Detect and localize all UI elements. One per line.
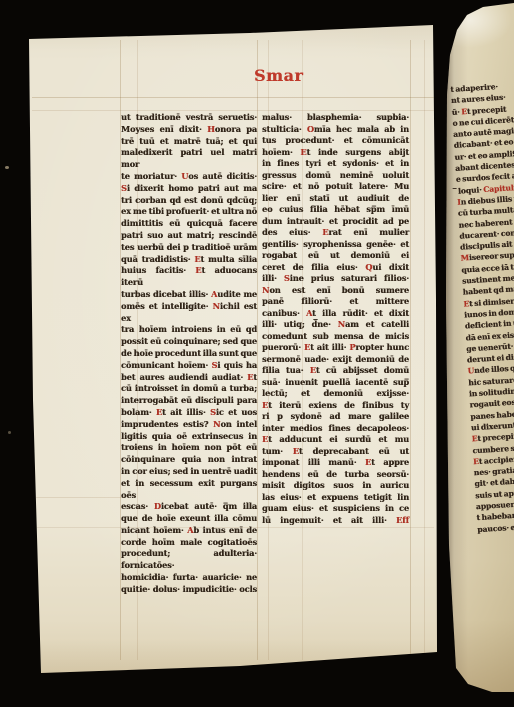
ink-text: scire· et nō potuit latere· Mu xyxy=(262,181,409,191)
ink-text: bet aures audiendi audiat· xyxy=(121,372,247,382)
ink-text: turbas dicebat illis· xyxy=(121,289,211,299)
ink-text: ligitis quia oē extrinsecus in xyxy=(121,431,257,441)
text-line: filia tua· Et cū abijsset domū xyxy=(262,365,409,377)
ink-text: cū introisset in domū a turba; xyxy=(121,383,257,393)
ink-text: in cor eius; sed in uentrē uadit xyxy=(121,466,257,476)
ink-text: que de hoīe exeunt illa cōmu xyxy=(121,513,257,523)
ink-text: i quis ha xyxy=(217,360,257,370)
ink-text: os autē dicitis· xyxy=(188,171,257,181)
rubric-text: N xyxy=(338,319,345,329)
ink-text: ine prius saturari filios· xyxy=(290,273,409,283)
text-line: in fines tyri et sydonis· et in xyxy=(262,158,409,170)
ink-text: interrogabāt eū discipuli para xyxy=(121,395,257,405)
ink-text: quitie· dolus· impudicitie· ocls xyxy=(121,584,257,594)
text-line: guam eius· et suspiciens in ce xyxy=(262,503,409,515)
text-line: Et adducunt ei surdū et mu xyxy=(262,434,409,446)
ink-text: ropter hunc xyxy=(355,342,409,352)
ink-text: guam eius· et suspiciens in ce xyxy=(262,503,409,513)
text-line: bolam· Et ait illis· Sic et uos xyxy=(121,407,257,419)
text-line: ligitis quia oē extrinsecus in xyxy=(121,431,257,443)
ink-text: onora pa xyxy=(215,124,257,134)
ink-text: troiens in hoīem non pōt eū xyxy=(121,442,257,452)
text-line: suā· inuenit puellā iacentē sup̅ xyxy=(262,377,409,389)
ink-text: imponat illi manū· xyxy=(262,457,365,467)
ink-text: gentilis· syrophenissa genēe· et xyxy=(262,239,409,249)
ink-text: dum intrauit· et procidit ad pe xyxy=(262,216,409,226)
text-line: escas· Dicebat autē· q̅m illa xyxy=(121,501,257,513)
ink-text: t ait illi· xyxy=(310,342,349,352)
ink-text: Moyses enī dixit· xyxy=(121,124,207,134)
ink-text: t adducunt ei surdū et mu xyxy=(268,434,409,444)
ink-text: comedunt sub mensa de micis xyxy=(262,331,409,341)
dust-speck xyxy=(5,166,9,169)
text-line: des eius· Erat enī mulier xyxy=(262,227,409,239)
text-line: malus· blasphemia· supbia· xyxy=(262,112,409,124)
text-line: tes uerbū dei p traditioē urām xyxy=(121,242,257,254)
verso-page: Smar ut traditionē vestrā seruetis·Moyse… xyxy=(0,0,514,707)
ink-text: eo cuius filia hēbat sp̅m īmū xyxy=(262,204,409,214)
text-line: corde hoīm male cogitatioēs xyxy=(121,537,257,549)
ink-text: ui dixit xyxy=(372,262,409,272)
ink-text: des eius· xyxy=(262,227,322,237)
ink-text: et in secessum exit purgans oēs xyxy=(121,478,257,500)
text-line: sermonē uade· exijt demoniū de xyxy=(262,354,409,366)
ink-text: ex me tibi profuerit· et ultra nō xyxy=(121,206,257,216)
ink-text: in fines tyri et sydonis· et in xyxy=(262,158,409,168)
text-line: ceret de filia eius· Qui dixit xyxy=(262,262,409,274)
text-line: in cor eius; sed in uentrē uadit xyxy=(121,466,257,478)
text-line: homicidia· furta· auaricie· ne xyxy=(121,572,257,584)
text-line: rogabat eū ut demoniū ei xyxy=(262,250,409,262)
text-line: stulticia· Omīa hec mala ab in xyxy=(262,124,409,136)
ink-text: hendens eū de turba seorsū· xyxy=(262,469,409,479)
ink-text: quā tradidistis· xyxy=(121,254,194,264)
rubric-text: Capitulū xyxy=(483,183,514,194)
text-line: misit digitos suos in auricu xyxy=(262,480,409,492)
ink-text: t multa sīlia xyxy=(200,254,257,264)
ink-text: possit eū coinquinare; sed que xyxy=(121,336,257,346)
ruling-line xyxy=(257,40,258,660)
ink-text: escas· xyxy=(121,501,154,511)
ink-text: rogauit eos· xyxy=(469,398,514,410)
ink-text: t precepit xyxy=(467,104,507,115)
text-line: ut traditionē vestrā seruetis· xyxy=(121,112,257,124)
text-line: tus procedunt· et cōmunicāt xyxy=(262,135,409,147)
ink-text: t appre xyxy=(371,457,409,467)
ink-text: imprudentes estis? xyxy=(121,419,213,429)
text-line: maledixerit patri uel matri mor xyxy=(121,147,257,171)
ink-text: ceret de filia eius· xyxy=(262,262,365,272)
ruling-line xyxy=(32,110,434,111)
ruling-line xyxy=(32,97,434,98)
ink-text: puerorū· xyxy=(262,342,304,352)
text-line: possit eū coinquinare; sed que xyxy=(121,336,257,348)
ruling-line xyxy=(410,40,411,660)
manuscript-photo: Smar ut traditionē vestrā seruetis·Moyse… xyxy=(0,0,514,707)
ink-text: huius facitis· xyxy=(121,265,195,275)
running-header: Smar xyxy=(254,66,303,85)
rubric-text: Eff xyxy=(396,515,409,525)
ink-text: icebat autē· q̅m illa xyxy=(161,501,257,511)
ruling-line xyxy=(424,40,425,660)
text-line: las eius· et expuens tetigit lin xyxy=(262,492,409,504)
ink-text: stulticia· xyxy=(262,124,307,134)
text-line: canibus· At illa rūdit· et dixit xyxy=(262,308,409,320)
text-line: trē tuū et matrē tuā; et qui xyxy=(121,136,257,148)
text-line: imponat illi manū· Et appre xyxy=(262,457,409,469)
recto-text-column: t adaperire·nt aures eius·ū· Et precepit… xyxy=(450,75,514,535)
ink-text: patri suo aut matri; rescindē xyxy=(121,230,257,240)
text-column-right: malus· blasphemia· supbia·stulticia· Omī… xyxy=(262,112,409,526)
ink-text: ri p sydonē ad mare galilee xyxy=(262,411,409,421)
ink-text: t xyxy=(253,372,257,382)
text-line: scire· et nō potuit latere· Mu xyxy=(262,181,409,193)
text-line: quitie· dolus· impudicitie· ocls xyxy=(121,584,257,596)
ink-text: misit digitos suos in auricu xyxy=(262,480,409,490)
text-line: turbas dicebat illis· Audite me xyxy=(121,289,257,301)
text-line: procedunt; adulteria· fornicatōes· xyxy=(121,548,257,572)
text-line: ex me tibi profuerit· et ultra nō xyxy=(121,206,257,218)
text-line: dimittitis eū quicquā facere xyxy=(121,218,257,230)
text-line: Si dixerit homo patri aut ma xyxy=(121,183,257,195)
ink-text: tri corban qd est donū qdcūq; xyxy=(121,195,257,205)
ink-text: corde hoīm male cogitatioēs xyxy=(121,537,257,547)
ink-text: hoīem· xyxy=(262,147,300,157)
ink-text: on est enī bonū sumere xyxy=(269,285,409,295)
ink-text: rogabat eū ut demoniū ei xyxy=(262,250,409,260)
text-line: ri p sydonē ad mare galilee xyxy=(262,411,409,423)
ink-text: suā· inuenit puellā iacentē sup̅ xyxy=(262,377,409,387)
text-line: comedunt sub mensa de micis xyxy=(262,331,409,343)
ink-text: b intus enī de xyxy=(193,525,257,535)
ink-text: t inde surgens abijt xyxy=(307,147,409,157)
ink-text: mīa hec mala ab in xyxy=(314,124,409,134)
text-line: lier enī statī ut audiuit de xyxy=(262,193,409,205)
text-line: troiens in hoīem non pōt eū xyxy=(121,442,257,454)
ink-text: t ait illis· xyxy=(162,407,210,417)
rubric-text: N xyxy=(212,301,219,311)
ink-text: trē tuū et matrē tuā; et qui xyxy=(121,136,257,146)
ink-text: canibus· xyxy=(262,308,306,318)
ink-text: lier enī statī ut audiuit de xyxy=(262,193,409,203)
text-line: omēs et intelligite· Nichil est ex xyxy=(121,301,257,325)
ink-text: t iterū exiens de finibus ty xyxy=(268,400,409,410)
ink-text: te moriatur· xyxy=(121,171,181,181)
ink-text: i dixerit homo patri aut ma xyxy=(127,183,257,193)
ink-text: inter medios fines decapoleos· xyxy=(262,423,409,433)
text-line: panē filiorū· et mittere xyxy=(262,296,409,308)
ruling-line xyxy=(34,497,124,498)
ink-text: cōinquinare quia non intrat xyxy=(121,454,257,464)
text-line: nicant hoīem· Ab intus enī de xyxy=(121,525,257,537)
text-line: Moyses enī dixit· Honora pa xyxy=(121,124,257,136)
ink-text: las eius· et expuens tetigit lin xyxy=(262,492,409,502)
text-line: illi· utiq; d̅ne· Nam et catelli xyxy=(262,319,409,331)
ink-text: ut traditionē vestrā seruetis· xyxy=(121,112,257,122)
ink-text: gressus domū neminē uoluit xyxy=(262,170,409,180)
ink-text: t illa rūdit· et dixit xyxy=(312,308,409,318)
ink-text: sermonē uade· exijt demoniū de xyxy=(262,354,409,364)
text-line: quā tradidistis· Et multa sīlia xyxy=(121,254,257,266)
ink-text: rat enī mulier xyxy=(328,227,409,237)
ink-text: bolam· xyxy=(121,407,156,417)
text-line: et in secessum exit purgans oēs xyxy=(121,478,257,502)
text-line: lū ingemuit· et ait illi· Eff xyxy=(262,515,409,527)
ink-text: on intel xyxy=(220,419,257,429)
text-line: cōmunicant hoīem· Si quis ha xyxy=(121,360,257,372)
text-line: tri corban qd est donū qdcūq; xyxy=(121,195,257,207)
ink-text: illi· utiq; d̅ne· xyxy=(262,319,338,329)
text-line: que de hoīe exeunt illa cōmu xyxy=(121,513,257,525)
ink-text: ic et uos xyxy=(216,407,257,417)
ink-text: lū ingemuit· et ait illi· xyxy=(262,515,396,525)
ink-text: maledixerit patri uel matri mor xyxy=(121,147,257,169)
text-line: Non est enī bonū sumere xyxy=(262,285,409,297)
text-line: interrogabāt eū discipuli para xyxy=(121,395,257,407)
text-line: huius facitis· Et aduocans iterū xyxy=(121,265,257,289)
ink-text: homicidia· furta· auaricie· ne xyxy=(121,572,257,582)
text-column-left: ut traditionē vestrā seruetis·Moyses enī… xyxy=(121,112,257,596)
ink-text: tes uerbū dei p traditioē urām xyxy=(121,242,257,252)
ink-text: tra hoīem introiens in eū qd xyxy=(121,324,257,334)
text-line: te moriatur· Uos autē dicitis· xyxy=(121,171,257,183)
ink-text: illi· xyxy=(262,273,284,283)
page-shading xyxy=(0,0,514,707)
rubric-text: H xyxy=(207,124,215,134)
ink-text: t deprecabant eū ut xyxy=(299,446,409,456)
ink-text: omēs et intelligite· xyxy=(121,301,212,311)
text-line: tum· Et deprecabant eū ut xyxy=(262,446,409,458)
ink-text: malus· blasphemia· supbia· xyxy=(262,112,409,122)
text-line: dum intrauit· et procidit ad pe xyxy=(262,216,409,228)
text-line: de hoīe procedunt illa sunt que xyxy=(121,348,257,360)
ink-text: isereor sup turbā· xyxy=(469,249,514,262)
ink-text: panē filiorū· et mittere xyxy=(262,296,409,306)
text-line: illi· Sine prius saturari filios· xyxy=(262,273,409,285)
text-line: cū introisset in domū a turba; xyxy=(121,383,257,395)
text-line: eo cuius filia hēbat sp̅m īmū xyxy=(262,204,409,216)
text-line: bet aures audiendi audiat· Et xyxy=(121,372,257,384)
ink-text: t cū abijsset domū xyxy=(316,365,409,375)
text-line: Et iterū exiens de finibus ty xyxy=(262,400,409,412)
text-line: puerorū· Et ait illi· Propter hunc xyxy=(262,342,409,354)
text-line: gentilis· syrophenissa genēe· et xyxy=(262,239,409,251)
ink-text: de hoīe procedunt illa sunt que xyxy=(121,348,257,358)
ink-text: filia tua· xyxy=(262,365,310,375)
text-line: gressus domū neminē uoluit xyxy=(262,170,409,182)
ink-text: lectū; et demoniū exijsse· xyxy=(262,388,409,398)
text-line: tra hoīem introiens in eū qd xyxy=(121,324,257,336)
ink-text: am et catelli xyxy=(345,319,409,329)
text-line: hendens eū de turba seorsū· xyxy=(262,469,409,481)
ink-text: dimittitis eū quicquā facere xyxy=(121,218,257,228)
ink-text: procedunt; adulteria· fornicatōes· xyxy=(121,548,257,570)
text-line: imprudentes estis? Non intel xyxy=(121,419,257,431)
text-line: cōinquinare quia non intrat xyxy=(121,454,257,466)
ink-text: tus procedunt· et cōmunicāt xyxy=(262,135,409,145)
ink-text: ū· xyxy=(451,107,461,117)
ink-text: cōmunicant hoīem· xyxy=(121,360,211,370)
ink-text: udite me xyxy=(217,289,257,299)
rubric-text: O xyxy=(307,124,314,134)
text-line: hoīem· Et inde surgens abijt xyxy=(262,147,409,159)
text-line: patri suo aut matri; rescindē xyxy=(121,230,257,242)
ink-text: tum· xyxy=(262,446,293,456)
text-line: lectū; et demoniū exijsse· xyxy=(262,388,409,400)
ink-text: nicant hoīem· xyxy=(121,525,187,535)
text-line: inter medios fines decapoleos· xyxy=(262,423,409,435)
rubric-text: D xyxy=(154,501,161,511)
ink-text: ̅ loqui· xyxy=(456,185,483,196)
dust-speck xyxy=(8,431,11,434)
